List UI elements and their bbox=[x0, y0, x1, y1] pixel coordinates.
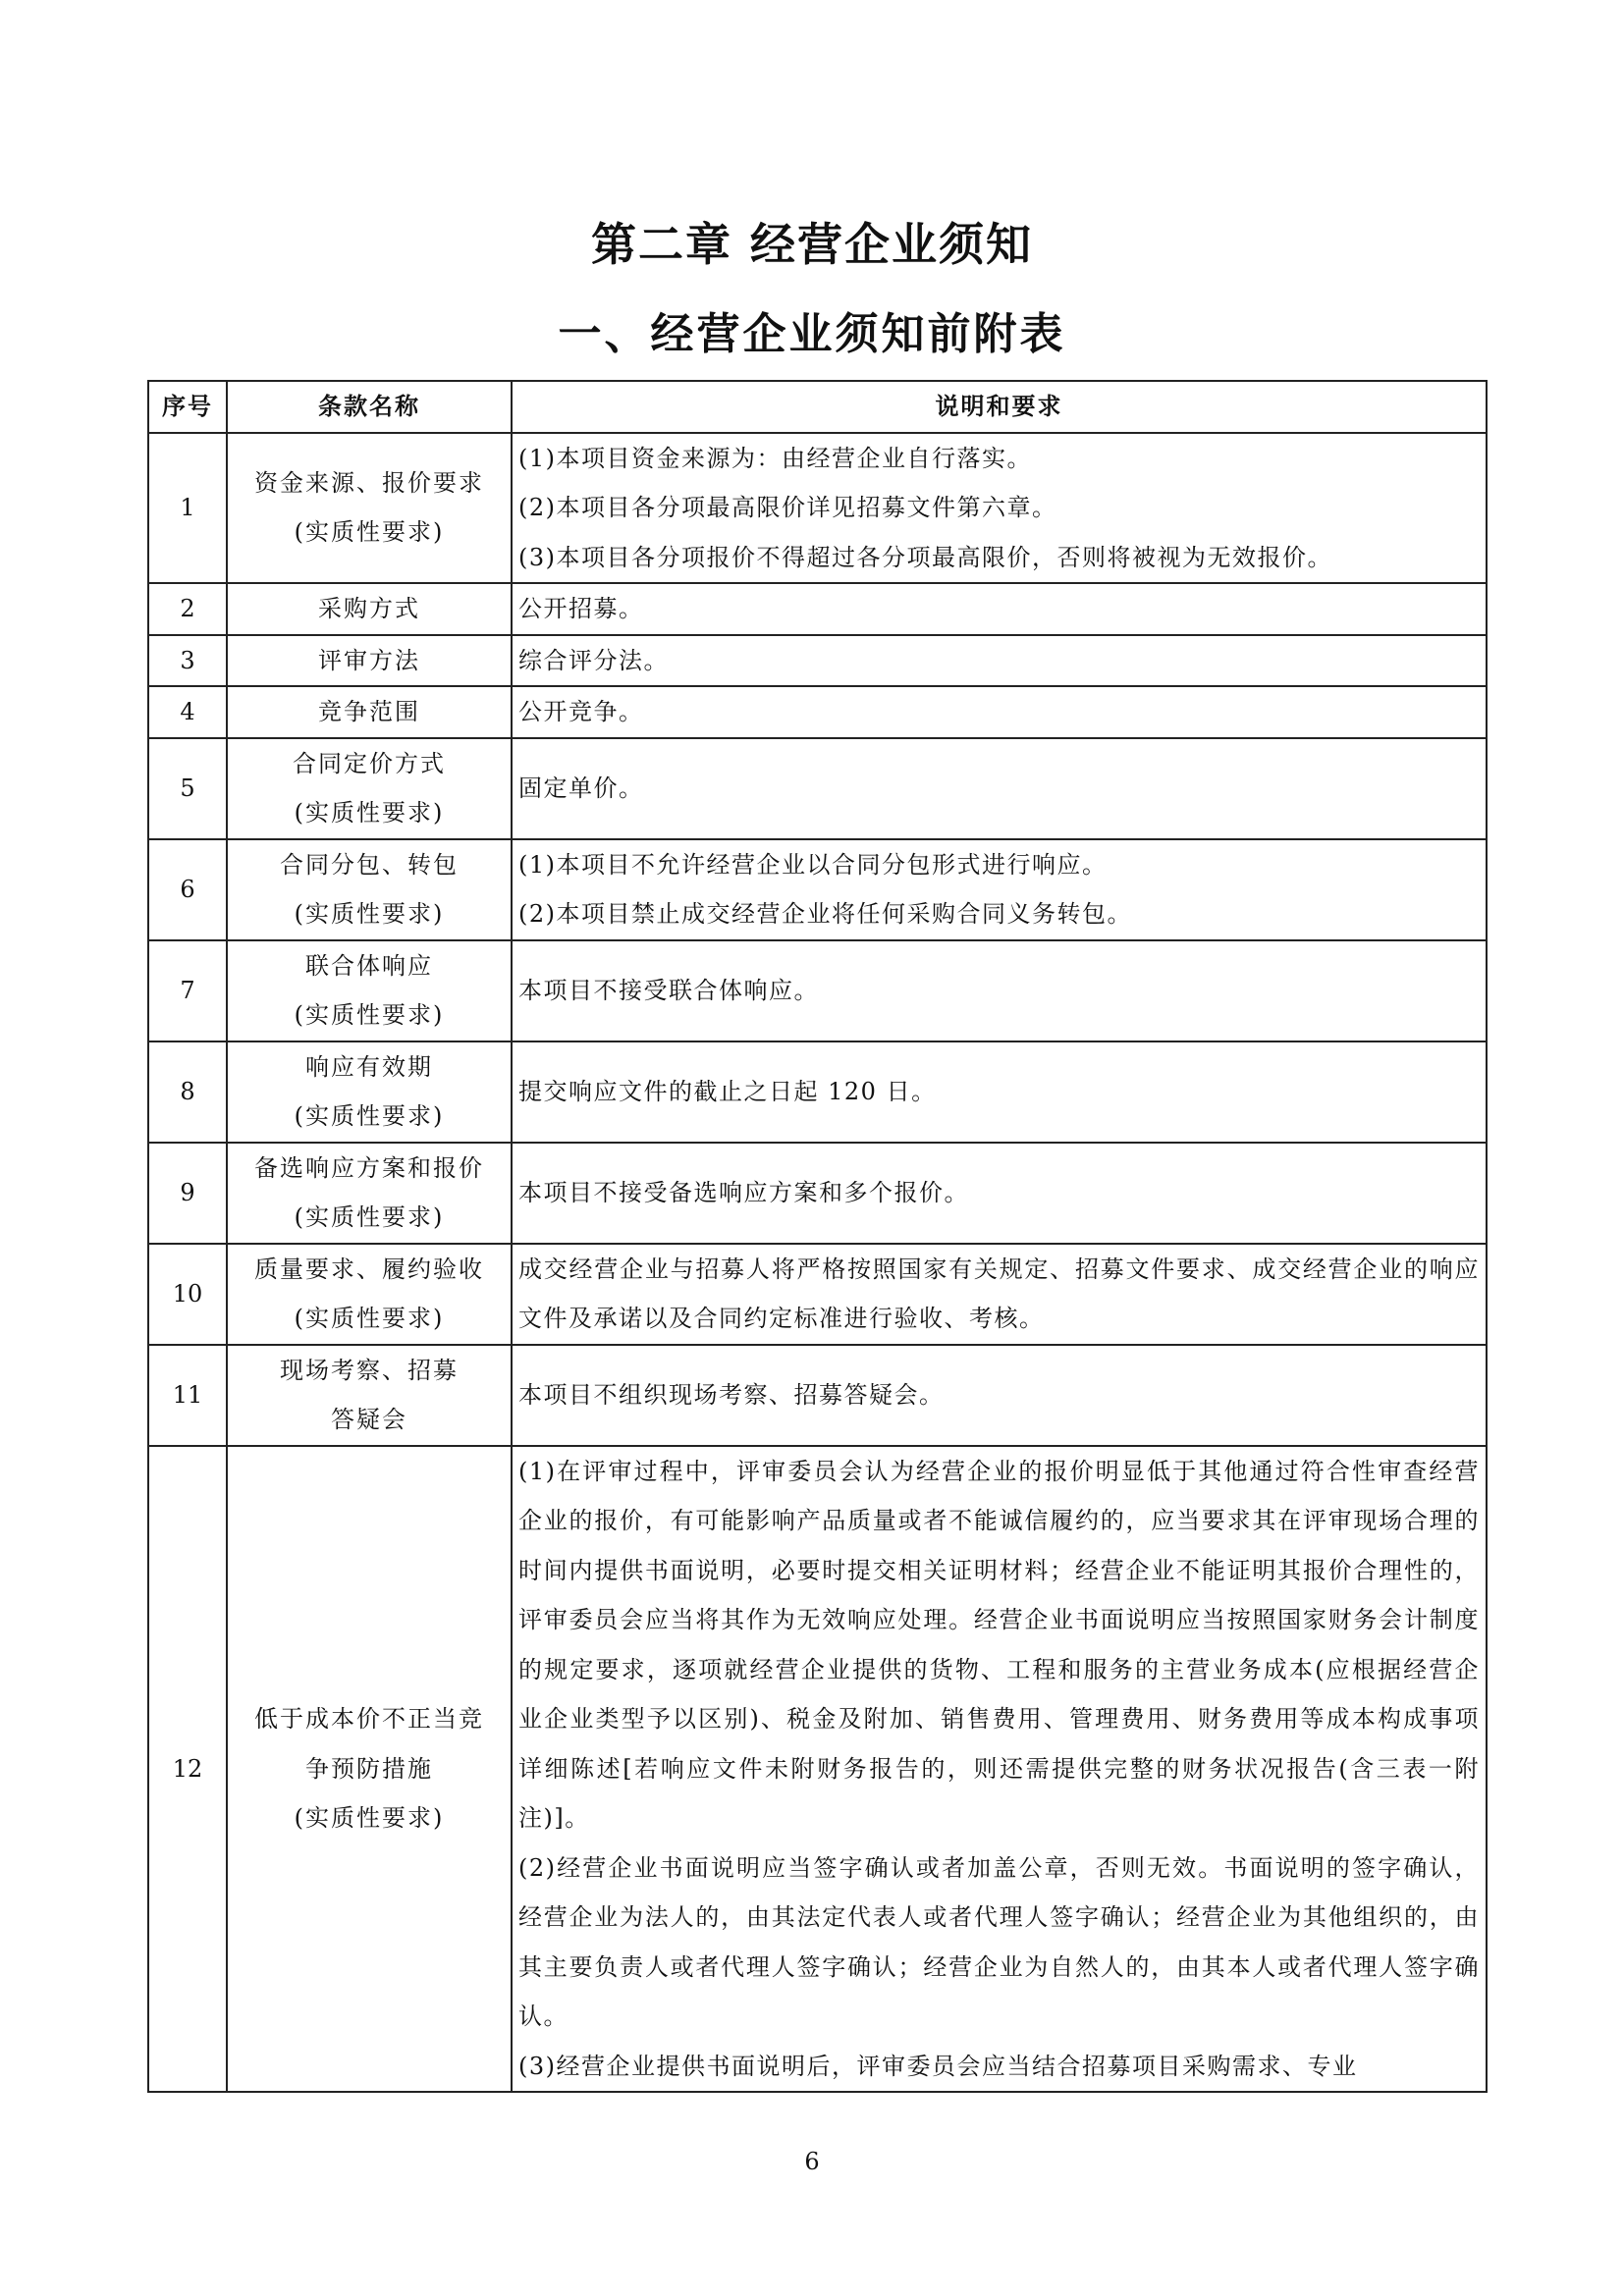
description-paragraph: (1)本项目资金来源为：由经营企业自行落实。 bbox=[518, 434, 1480, 484]
page-number: 6 bbox=[0, 2148, 1624, 2175]
row-seq: 5 bbox=[148, 738, 227, 839]
row-description: 本项目不接受联合体响应。 bbox=[512, 940, 1487, 1041]
row-clause-name: 联合体响应(实质性要求) bbox=[227, 940, 512, 1041]
row-clause-name: 质量要求、履约验收(实质性要求) bbox=[227, 1244, 512, 1345]
row-seq: 3 bbox=[148, 635, 227, 687]
row-clause-name: 竞争范围 bbox=[227, 686, 512, 738]
row-description: 本项目不组织现场考察、招募答疑会。 bbox=[512, 1345, 1487, 1446]
clause-name-line: 合同分包、转包 bbox=[234, 840, 505, 890]
row-seq: 9 bbox=[148, 1143, 227, 1244]
clause-name-line: 合同定价方式 bbox=[234, 739, 505, 789]
description-paragraph: (3)经营企业提供书面说明后，评审委员会应当结合招募项目采购需求、专业 bbox=[518, 2042, 1480, 2092]
row-clause-name: 响应有效期(实质性要求) bbox=[227, 1041, 512, 1143]
header-description: 说明和要求 bbox=[512, 381, 1487, 433]
description-paragraph: (2)经营企业书面说明应当签字确认或者加盖公章，否则无效。书面说明的签字确认，经… bbox=[518, 1843, 1480, 2042]
row-seq: 8 bbox=[148, 1041, 227, 1143]
description-paragraph: 本项目不接受备选响应方案和多个报价。 bbox=[518, 1168, 1480, 1218]
clause-name-line: (实质性要求) bbox=[234, 1092, 505, 1142]
clause-name-line: 评审方法 bbox=[234, 636, 505, 686]
table-row: 9备选响应方案和报价(实质性要求)本项目不接受备选响应方案和多个报价。 bbox=[148, 1143, 1487, 1244]
table-header-row: 序号 条款名称 说明和要求 bbox=[148, 381, 1487, 433]
row-clause-name: 合同分包、转包(实质性要求) bbox=[227, 839, 512, 940]
clause-name-line: (实质性要求) bbox=[234, 788, 505, 838]
clause-name-line: 答疑会 bbox=[234, 1395, 505, 1445]
row-description: 成交经营企业与招募人将严格按照国家有关规定、招募文件要求、成交经营企业的响应文件… bbox=[512, 1244, 1487, 1345]
description-paragraph: (1)在评审过程中，评审委员会认为经营企业的报价明显低于其他通过符合性审查经营企… bbox=[518, 1447, 1480, 1843]
row-description: (1)在评审过程中，评审委员会认为经营企业的报价明显低于其他通过符合性审查经营企… bbox=[512, 1446, 1487, 2093]
chapter-title: 第二章 经营企业须知 bbox=[0, 218, 1624, 272]
description-paragraph: 本项目不组织现场考察、招募答疑会。 bbox=[518, 1370, 1480, 1420]
table-row: 4竞争范围公开竞争。 bbox=[148, 686, 1487, 738]
clause-name-line: 质量要求、履约验收 bbox=[234, 1245, 505, 1295]
row-seq: 6 bbox=[148, 839, 227, 940]
table-row: 10质量要求、履约验收(实质性要求)成交经营企业与招募人将严格按照国家有关规定、… bbox=[148, 1244, 1487, 1345]
table-row: 7联合体响应(实质性要求)本项目不接受联合体响应。 bbox=[148, 940, 1487, 1041]
table-row: 12低于成本价不正当竞争预防措施(实质性要求)(1)在评审过程中，评审委员会认为… bbox=[148, 1446, 1487, 2093]
row-seq: 7 bbox=[148, 940, 227, 1041]
row-seq: 4 bbox=[148, 686, 227, 738]
clause-name-line: (实质性要求) bbox=[234, 889, 505, 939]
clause-name-line: 备选响应方案和报价 bbox=[234, 1144, 505, 1194]
row-description: 固定单价。 bbox=[512, 738, 1487, 839]
description-paragraph: 公开招募。 bbox=[518, 584, 1480, 634]
table-row: 2采购方式公开招募。 bbox=[148, 583, 1487, 635]
clause-name-line: 现场考察、招募 bbox=[234, 1346, 505, 1396]
description-paragraph: 公开竞争。 bbox=[518, 687, 1480, 737]
row-clause-name: 资金来源、报价要求(实质性要求) bbox=[227, 433, 512, 584]
clause-name-line: (实质性要求) bbox=[234, 1793, 505, 1843]
row-seq: 11 bbox=[148, 1345, 227, 1446]
table-row: 5合同定价方式(实质性要求)固定单价。 bbox=[148, 738, 1487, 839]
clause-name-line: (实质性要求) bbox=[234, 990, 505, 1041]
table-row: 6合同分包、转包(实质性要求)(1)本项目不允许经营企业以合同分包形式进行响应。… bbox=[148, 839, 1487, 940]
row-clause-name: 低于成本价不正当竞争预防措施(实质性要求) bbox=[227, 1446, 512, 2093]
description-paragraph: 本项目不接受联合体响应。 bbox=[518, 966, 1480, 1016]
description-paragraph: (2)本项目禁止成交经营企业将任何采购合同义务转包。 bbox=[518, 889, 1480, 939]
clause-name-line: 联合体响应 bbox=[234, 941, 505, 991]
clause-name-line: (实质性要求) bbox=[234, 1193, 505, 1243]
table-row: 1资金来源、报价要求(实质性要求)(1)本项目资金来源为：由经营企业自行落实。(… bbox=[148, 433, 1487, 584]
row-clause-name: 采购方式 bbox=[227, 583, 512, 635]
clause-name-line: 响应有效期 bbox=[234, 1042, 505, 1093]
table-body: 1资金来源、报价要求(实质性要求)(1)本项目资金来源为：由经营企业自行落实。(… bbox=[148, 433, 1487, 2093]
row-description: 本项目不接受备选响应方案和多个报价。 bbox=[512, 1143, 1487, 1244]
header-clause-name: 条款名称 bbox=[227, 381, 512, 433]
row-description: 公开招募。 bbox=[512, 583, 1487, 635]
clause-name-line: 低于成本价不正当竞 bbox=[234, 1694, 505, 1744]
clause-name-line: 争预防措施 bbox=[234, 1744, 505, 1794]
row-clause-name: 现场考察、招募答疑会 bbox=[227, 1345, 512, 1446]
table-row: 3评审方法综合评分法。 bbox=[148, 635, 1487, 687]
clause-name-line: 采购方式 bbox=[234, 584, 505, 634]
row-clause-name: 合同定价方式(实质性要求) bbox=[227, 738, 512, 839]
table-row: 8响应有效期(实质性要求)提交响应文件的截止之日起 120 日。 bbox=[148, 1041, 1487, 1143]
clause-name-line: (实质性要求) bbox=[234, 507, 505, 558]
description-paragraph: 提交响应文件的截止之日起 120 日。 bbox=[518, 1067, 1480, 1117]
row-seq: 2 bbox=[148, 583, 227, 635]
clause-name-line: 资金来源、报价要求 bbox=[234, 458, 505, 508]
description-paragraph: (2)本项目各分项最高限价详见招募文件第六章。 bbox=[518, 483, 1480, 533]
preface-table: 序号 条款名称 说明和要求 1资金来源、报价要求(实质性要求)(1)本项目资金来… bbox=[147, 380, 1488, 2093]
section-title: 一、经营企业须知前附表 bbox=[0, 309, 1624, 361]
row-description: 提交响应文件的截止之日起 120 日。 bbox=[512, 1041, 1487, 1143]
row-description: 综合评分法。 bbox=[512, 635, 1487, 687]
header-seq: 序号 bbox=[148, 381, 227, 433]
clause-name-line: 竞争范围 bbox=[234, 687, 505, 737]
clause-name-line: (实质性要求) bbox=[234, 1294, 505, 1344]
table-row: 11现场考察、招募答疑会本项目不组织现场考察、招募答疑会。 bbox=[148, 1345, 1487, 1446]
description-paragraph: 成交经营企业与招募人将严格按照国家有关规定、招募文件要求、成交经营企业的响应文件… bbox=[518, 1245, 1480, 1344]
description-paragraph: 综合评分法。 bbox=[518, 636, 1480, 686]
description-paragraph: (1)本项目不允许经营企业以合同分包形式进行响应。 bbox=[518, 840, 1480, 890]
description-paragraph: (3)本项目各分项报价不得超过各分项最高限价，否则将被视为无效报价。 bbox=[518, 533, 1480, 583]
row-clause-name: 评审方法 bbox=[227, 635, 512, 687]
row-description: (1)本项目资金来源为：由经营企业自行落实。(2)本项目各分项最高限价详见招募文… bbox=[512, 433, 1487, 584]
row-clause-name: 备选响应方案和报价(实质性要求) bbox=[227, 1143, 512, 1244]
row-seq: 1 bbox=[148, 433, 227, 584]
row-description: (1)本项目不允许经营企业以合同分包形式进行响应。(2)本项目禁止成交经营企业将… bbox=[512, 839, 1487, 940]
row-seq: 12 bbox=[148, 1446, 227, 2093]
description-paragraph: 固定单价。 bbox=[518, 764, 1480, 814]
row-description: 公开竞争。 bbox=[512, 686, 1487, 738]
row-seq: 10 bbox=[148, 1244, 227, 1345]
